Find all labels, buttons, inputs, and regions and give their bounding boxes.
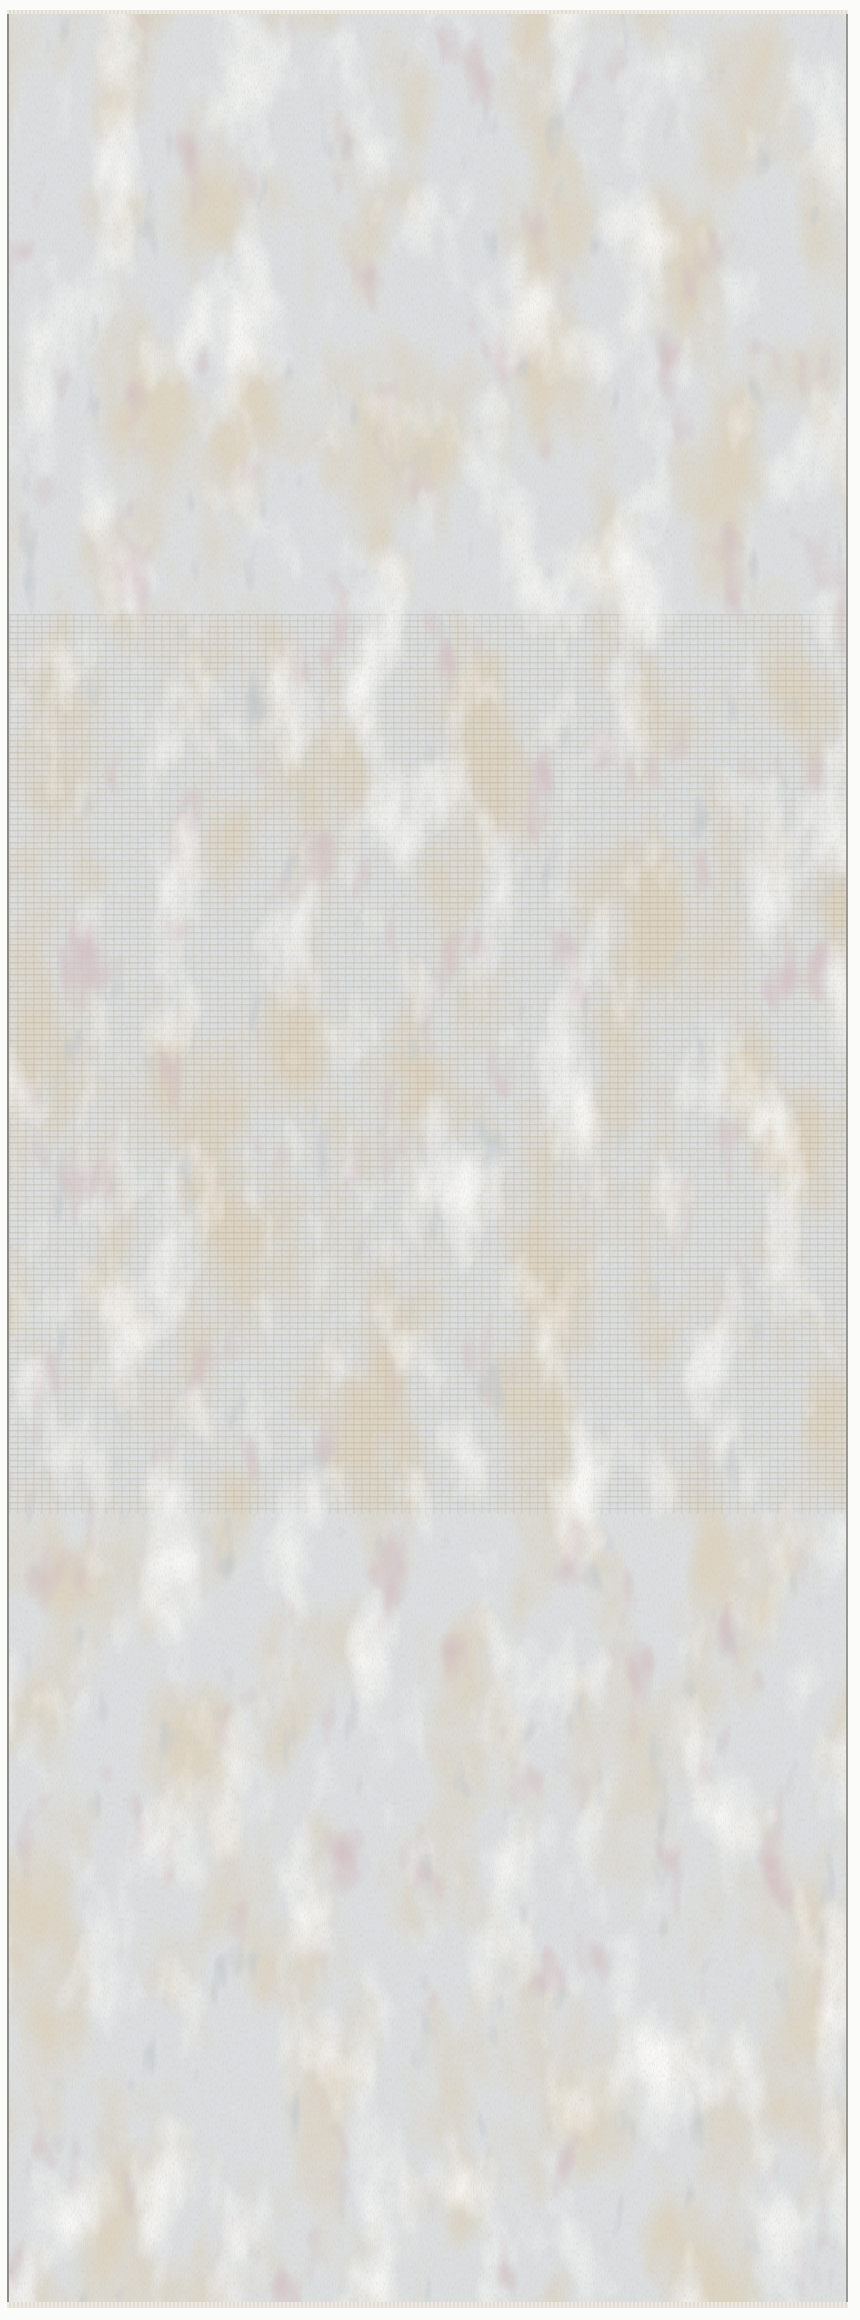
- rug-pattern: [9, 14, 846, 2304]
- rug-runner: [7, 14, 848, 2304]
- rug-bottom-fringe: [7, 2302, 848, 2308]
